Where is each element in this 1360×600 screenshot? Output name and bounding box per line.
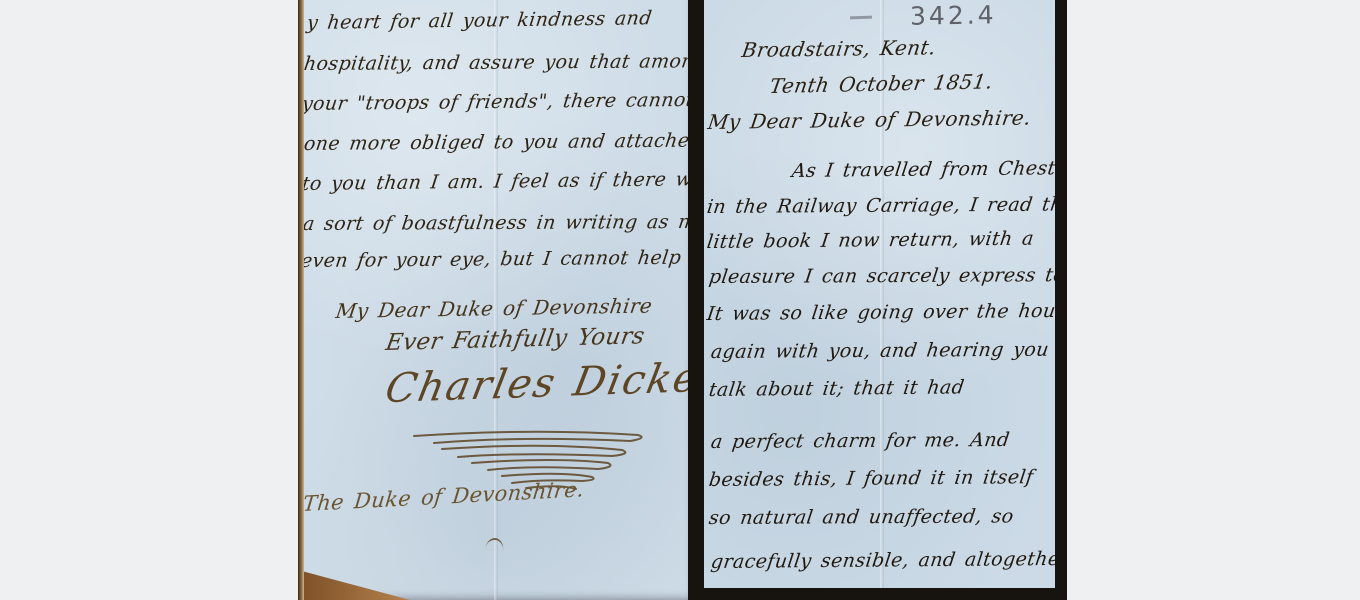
table-corner	[298, 570, 410, 600]
letter-page-right: 342.4 Broadstairs, Kent. Tenth October 1…	[704, 0, 1055, 588]
closing-salutation: My Dear Duke of Devonshire	[334, 293, 654, 323]
handwritten-line: even for your eye, but I cannot help it.	[300, 246, 688, 272]
letter-page-left: y heart for all your kindness and hospit…	[298, 0, 688, 600]
handwritten-line: besides this, I found it in itself	[708, 466, 1035, 491]
handwritten-line: talk about it; that it had	[708, 376, 966, 401]
handwritten-line: your "troops of friends", there cannot b…	[301, 89, 688, 115]
handwritten-line: a sort of boastfulness in writing as muc…	[302, 211, 688, 235]
signature: Charles Dickens	[381, 353, 688, 412]
letter-page-right-frame: 342.4 Broadstairs, Kent. Tenth October 1…	[704, 0, 1067, 600]
letter-photograph: y heart for all your kindness and hospit…	[0, 0, 1360, 600]
page-edge	[298, 0, 304, 600]
handwritten-line: again with you, and hearing you	[710, 339, 1051, 363]
date-line: Tenth October 1851.	[768, 69, 995, 98]
handwritten-line: y heart for all your kindness and	[306, 7, 654, 34]
page-divider	[688, 0, 704, 600]
handwritten-line: hospitality, and assure you that among	[303, 50, 688, 75]
catalog-number: 342.4	[910, 0, 997, 31]
handwritten-line: so natural and unaffected, so	[708, 505, 1016, 529]
stray-ink-mark	[485, 537, 504, 551]
handwritten-line: As I travelled from Chesterfield	[791, 157, 1055, 182]
handwritten-line: little book I now return, with a	[706, 228, 1036, 253]
handwritten-line: It was so like going over the house	[706, 300, 1055, 325]
place-line: Broadstairs, Kent.	[740, 35, 937, 62]
closing-valediction: Ever Faithfully Yours	[384, 323, 647, 356]
pencil-dash-mark	[850, 16, 872, 20]
handwritten-line: to you than I am. I feel as if there wer…	[301, 168, 688, 195]
handwritten-line: pleasure I can scarcely express to you.	[708, 264, 1055, 288]
handwritten-line: a perfect charm for me. And	[710, 429, 1012, 453]
salutation: My Dear Duke of Devonshire.	[706, 105, 1033, 134]
handwritten-line: gracefully sensible, and altogether	[710, 548, 1055, 573]
handwritten-line: one more obliged to you and attached	[303, 130, 688, 156]
handwritten-line: in the Railway Carriage, I read the	[706, 193, 1055, 218]
